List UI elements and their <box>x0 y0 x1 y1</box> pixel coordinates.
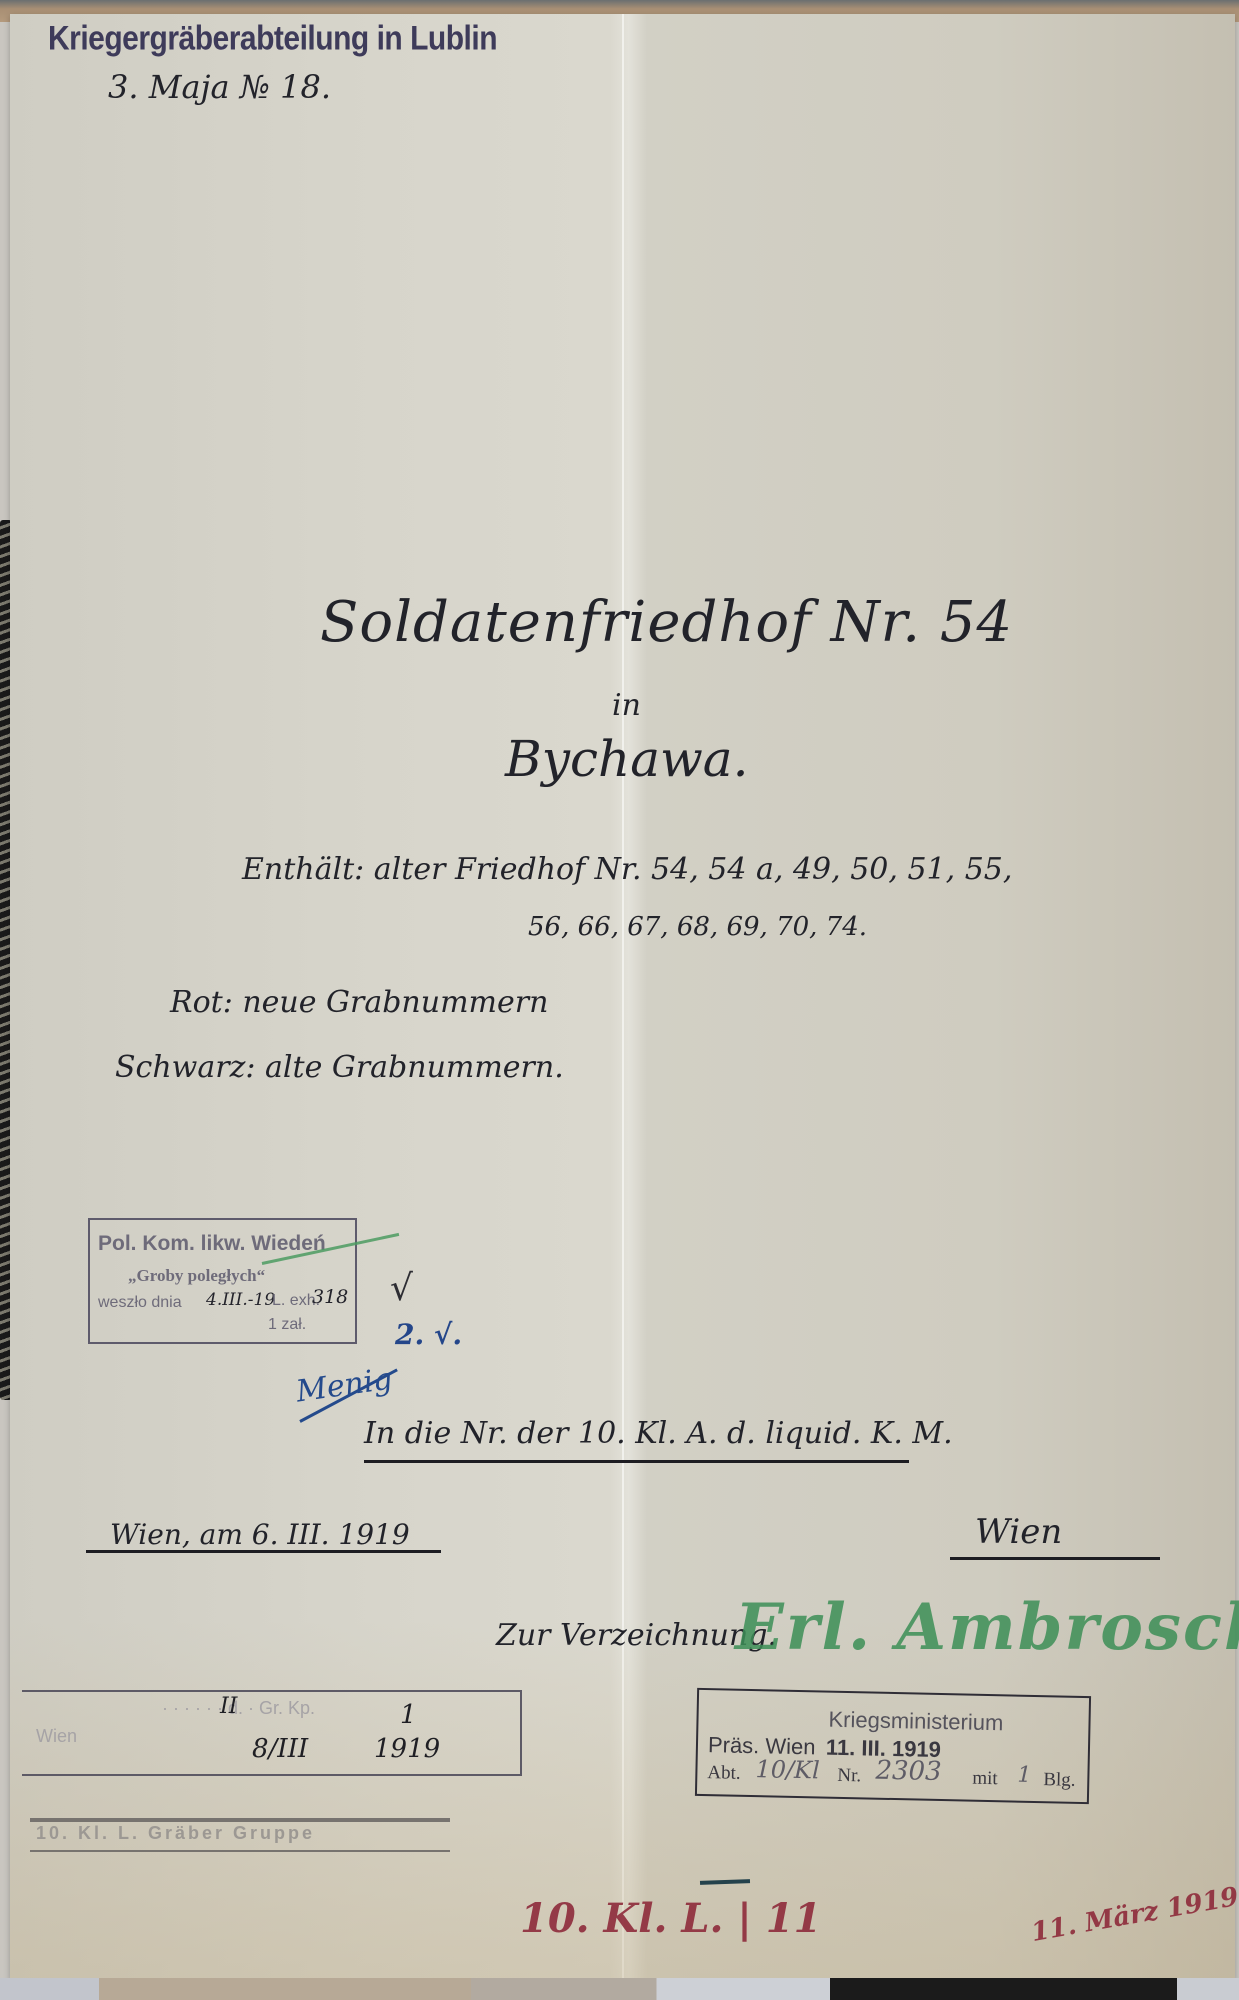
ministry-attachment-count: 1 <box>1017 1763 1032 1788</box>
date-vienna: Wien, am 6. III. 1919 <box>110 1518 410 1551</box>
registry-roman-numeral: II <box>220 1694 237 1719</box>
department-stamp-text: 10. Kl. L. Gräber Gruppe <box>36 1823 315 1844</box>
title-preposition: in <box>612 688 641 723</box>
office-address: 3. Maja № 18. <box>108 68 331 106</box>
department-stamp-faded: 10. Kl. L. Gräber Gruppe <box>30 1818 450 1852</box>
registry-stamp-faded-text: · · · · · · d. · Gr. Kp. <box>162 1698 315 1719</box>
office-header-stamp: Kriegergräberabteilung in Lublin <box>48 19 497 58</box>
contents-line-2: 56, 66, 67, 68, 69, 70, 74. <box>528 912 867 942</box>
ministry-attachments-label: Blg. <box>1043 1769 1076 1792</box>
stamp-received-date: 4.III.-19 <box>206 1290 275 1310</box>
registry-year: 1919 <box>374 1734 440 1764</box>
stamp-exhibit-number: 318 <box>312 1286 348 1308</box>
ministry-name: Kriegsministerium <box>828 1707 1003 1737</box>
date-underline <box>86 1550 441 1553</box>
stamp-attachments: 1 zał. <box>268 1316 306 1334</box>
registry-stamp-place: Wien <box>36 1726 77 1747</box>
polish-commission-stamp: Pol. Kom. likw. Wiedeń „Groby poległych“… <box>88 1218 357 1344</box>
ministry-number-label: Nr. <box>837 1765 861 1787</box>
place-underline <box>950 1557 1160 1560</box>
green-pencil-signature: Erl. Ambrosch <box>735 1590 1239 1665</box>
instruction-underline <box>364 1460 909 1463</box>
document-title: Soldatenfriedhof Nr. 54 <box>320 590 1013 655</box>
red-department-stamp: 10. Kl. L. | 11 <box>520 1895 821 1942</box>
ministry-dept-value: 10/Kl <box>755 1755 820 1784</box>
stamp-received-label: weszło dnia <box>98 1294 182 1312</box>
war-ministry-stamp: Kriegsministerium Präs. Wien 11. III. 19… <box>695 1688 1091 1804</box>
legend-red-numbers: Rot: neue Grabnummern <box>170 985 548 1020</box>
routing-instruction: In die Nr. der 10. Kl. A. d. liquid. K. … <box>364 1416 953 1451</box>
place-vienna: Wien <box>975 1512 1062 1552</box>
ministry-with-label: mit <box>972 1768 998 1791</box>
fold-line <box>622 14 624 1980</box>
stamp-commission-subtitle: „Groby poległych“ <box>128 1266 265 1286</box>
registry-stamp: · · · · · · d. · Gr. Kp. Wien II 1 8/III… <box>22 1690 522 1776</box>
blue-annotation: 2. √. <box>395 1318 462 1351</box>
ministry-number-value: 2303 <box>875 1756 942 1787</box>
stamp-commission-name: Pol. Kom. likw. Wiedeń <box>98 1232 326 1256</box>
tick-mark-icon: √ <box>390 1268 413 1309</box>
background-surface <box>0 1978 1239 2000</box>
title-place: Bychawa. <box>505 730 749 788</box>
registry-date: 8/III <box>252 1734 308 1764</box>
registry-count: 1 <box>400 1700 417 1730</box>
contents-line-1: Enthält: alter Friedhof Nr. 54, 54 a, 49… <box>242 852 1012 887</box>
legend-black-numbers: Schwarz: alte Grabnummern. <box>115 1050 564 1085</box>
ministry-dept-label: Abt. <box>707 1762 741 1785</box>
